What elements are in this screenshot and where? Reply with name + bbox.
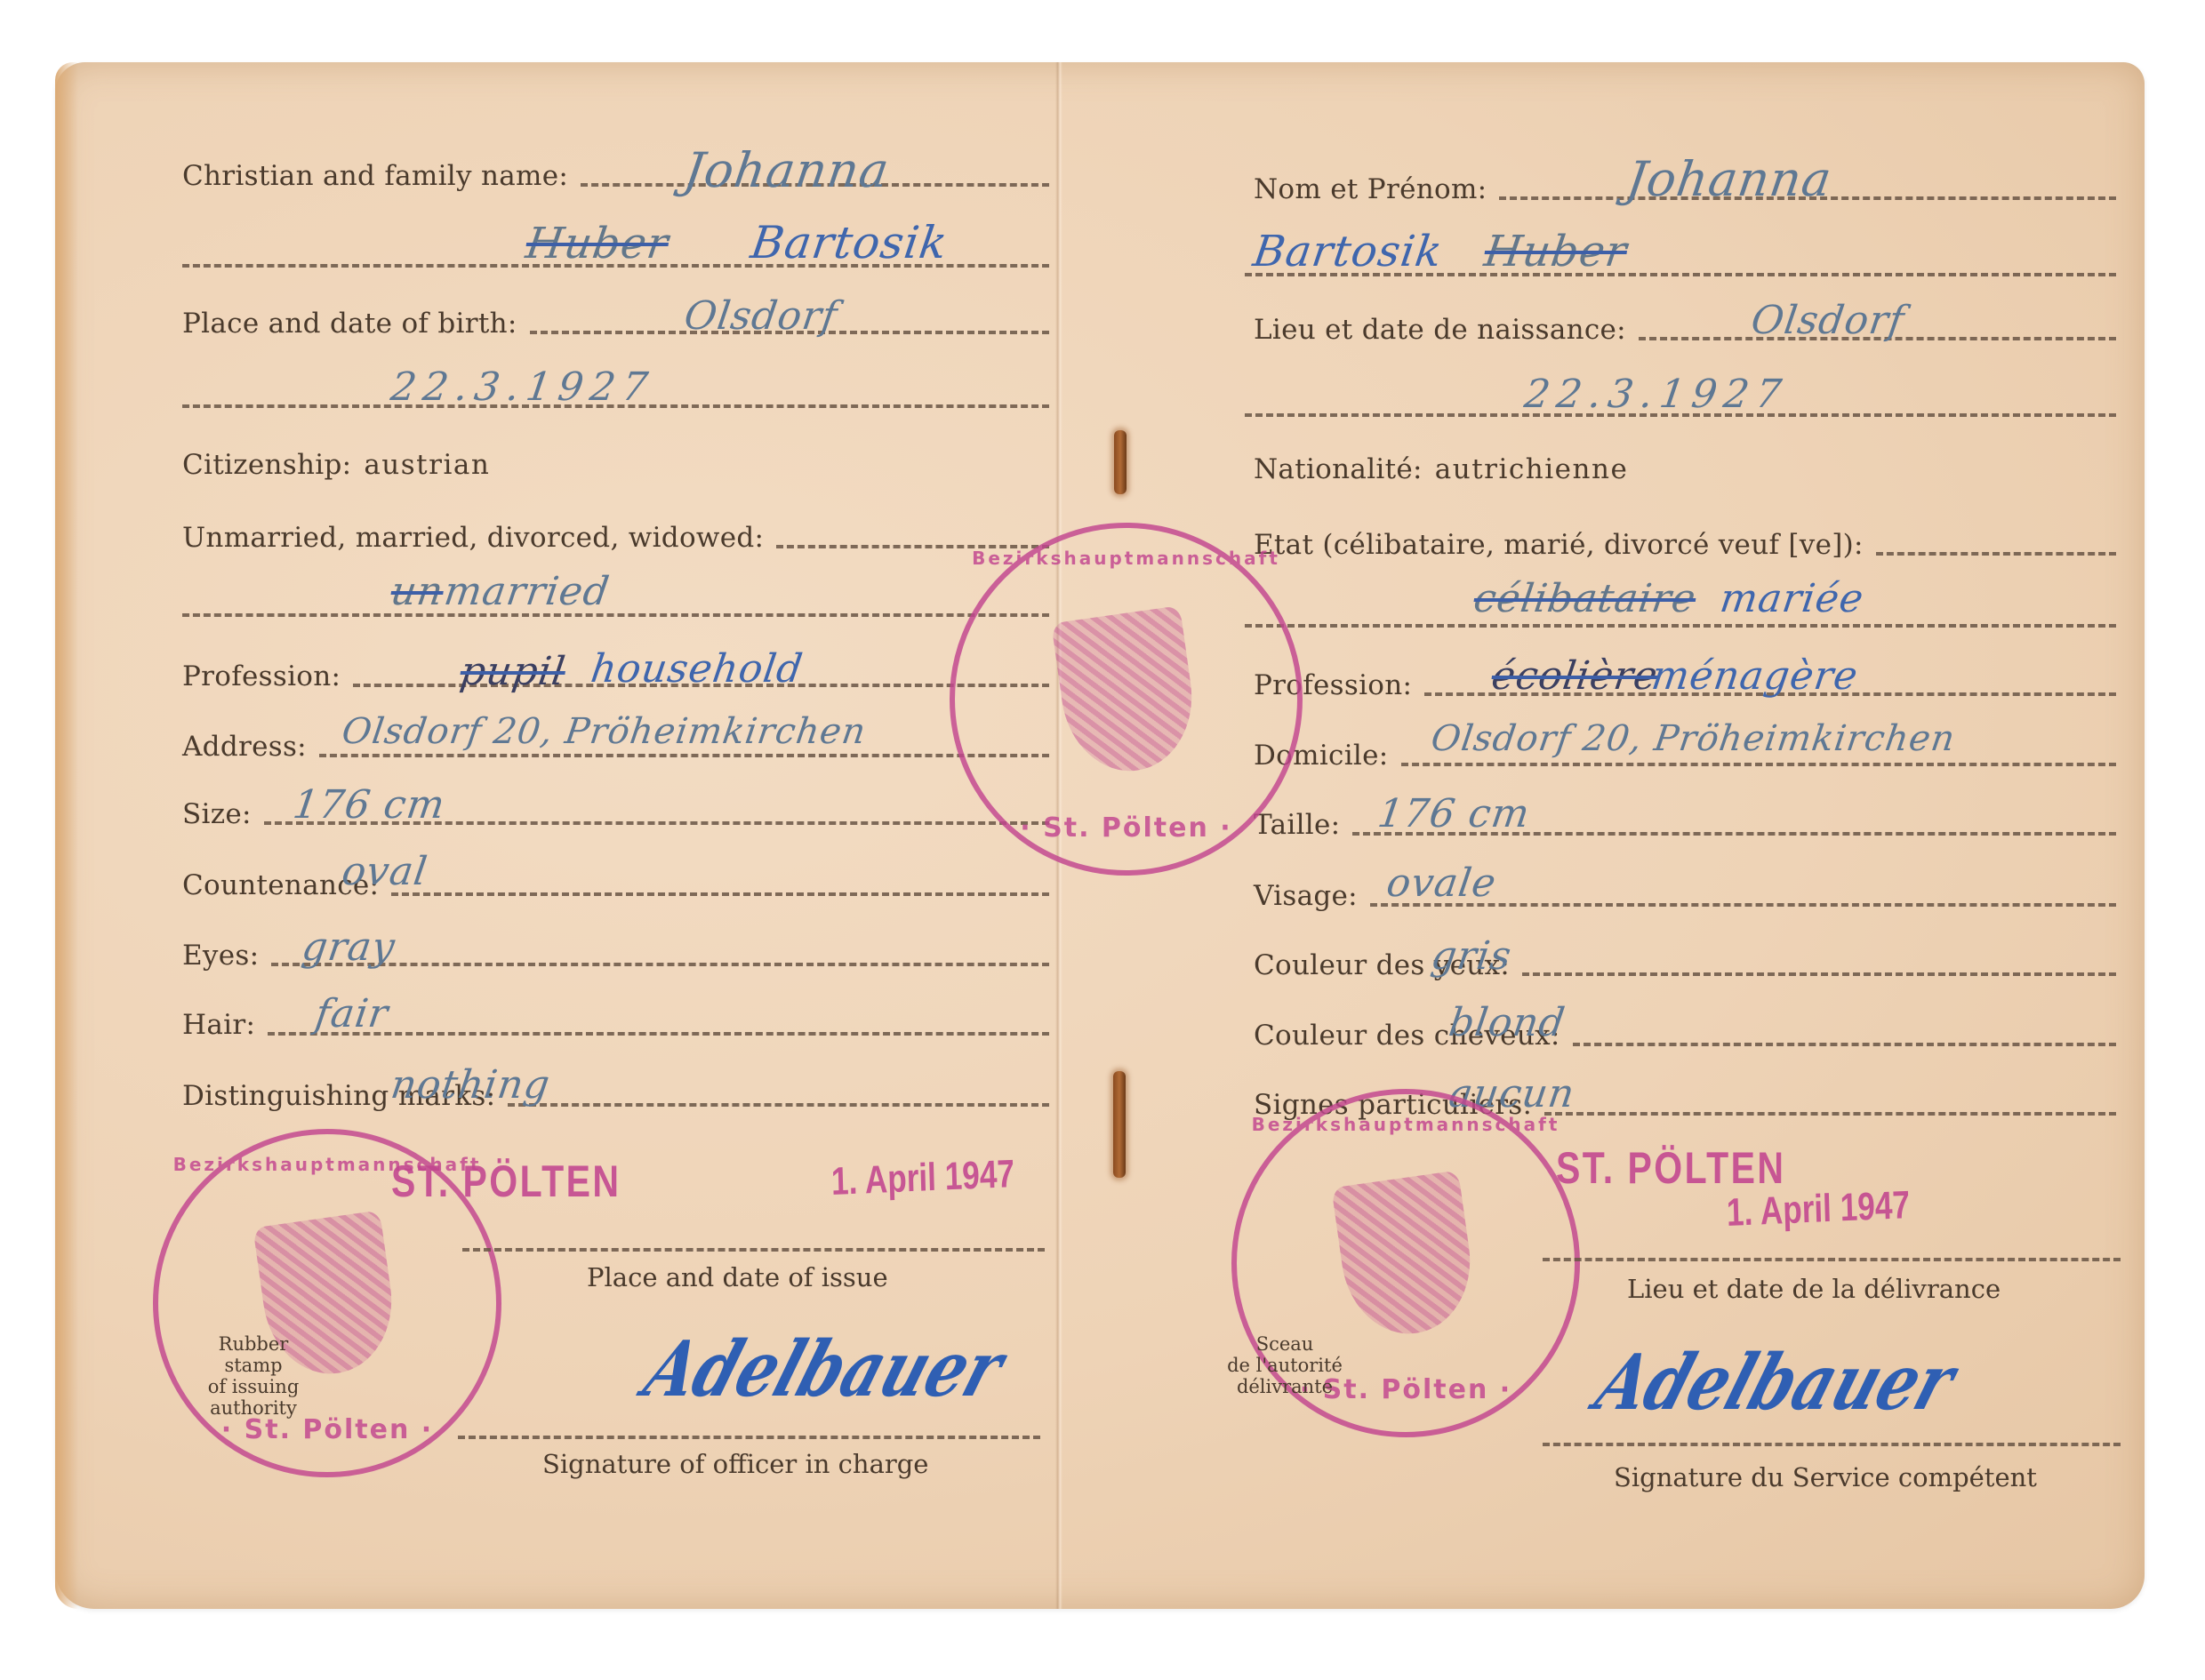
seal-ring-text: Bezirkshauptmannschaft xyxy=(1237,1114,1575,1135)
hand-value-hair: blond xyxy=(1446,1000,1568,1045)
place-date-label: Lieu et date de la délivrance xyxy=(1627,1274,2001,1304)
hand-value-struck: célibataire xyxy=(1471,576,1698,621)
field-birth: Lieu et date de naissance: xyxy=(1254,314,2116,346)
field-countenance: Countenance: xyxy=(182,869,1049,901)
dotted-line xyxy=(1543,1258,2121,1261)
hand-value-struck: écolière xyxy=(1488,653,1661,699)
hand-value-struck: un xyxy=(388,569,446,614)
dotted-line xyxy=(1573,1043,2116,1046)
field-citizenship: Citizenship: austrian xyxy=(182,449,490,481)
hand-value-marital: married xyxy=(441,569,612,614)
stamp-date: 1. April 1947 xyxy=(830,1152,1014,1204)
field-visage: Visage: xyxy=(1254,880,2116,912)
officer-signature: Adelbauer xyxy=(1586,1338,1966,1428)
hand-value-marital: mariée xyxy=(1717,576,1866,621)
field-name: Christian and family name: xyxy=(182,160,1049,192)
hand-value-visage: ovale xyxy=(1383,860,1499,906)
seal-city-text: · St. Pölten · xyxy=(158,1414,496,1445)
hand-value-given-name: Johanna xyxy=(681,142,894,198)
dotted-line xyxy=(1401,763,2116,766)
hand-value-address: Olsdorf 20, Pröheimkirchen xyxy=(1429,718,1958,759)
dotted-line xyxy=(458,1436,1040,1439)
hand-value-marks: nothing xyxy=(388,1062,553,1108)
dotted-line xyxy=(391,892,1049,896)
field-label: Hair: xyxy=(182,1009,255,1041)
stamp-caption: Rubber stamp of issuing authority xyxy=(187,1333,320,1419)
dotted-line xyxy=(319,754,1049,757)
hand-value-profession: ménagère xyxy=(1648,653,1861,699)
dotted-line xyxy=(462,1248,1045,1252)
field-label: Lieu et date de naissance: xyxy=(1254,314,1626,346)
field-label: Etat (célibataire, marié, divorcé veuf [… xyxy=(1254,529,1864,561)
field-distinguishing-marks: Distinguishing marks: xyxy=(182,1080,1049,1112)
field-nationality: Nationalité: autrichienne xyxy=(1254,453,1628,485)
dotted-line xyxy=(1522,972,2116,976)
hand-value-profession: household xyxy=(588,646,806,692)
hand-value-eyes: gris xyxy=(1428,933,1514,979)
dotted-line xyxy=(1876,552,2116,556)
hand-value-birthplace: Olsdorf xyxy=(681,293,840,339)
dotted-line xyxy=(182,613,1049,617)
field-label: Visage: xyxy=(1254,880,1358,912)
left-page: Christian and family name: Johanna Huber… xyxy=(0,0,1058,1680)
seal-city-text: · St. Pölten · xyxy=(955,812,1297,844)
field-label: Christian and family name: xyxy=(182,160,568,192)
stamp-place: ST. PÖLTEN xyxy=(391,1156,621,1207)
field-label: Unmarried, married, divorced, widowed: xyxy=(182,522,764,554)
field-label: Nom et Prénom: xyxy=(1254,173,1487,205)
coat-of-arms-icon xyxy=(1331,1171,1479,1342)
officer-signature: Adelbauer xyxy=(635,1324,1014,1414)
field-label: Citizenship: xyxy=(182,449,351,481)
field-eyes: Couleur des yeux: xyxy=(1254,949,2116,981)
dotted-line xyxy=(1544,1112,2116,1116)
hand-value-surname: Bartosik xyxy=(1250,227,1446,276)
dotted-line xyxy=(1245,624,2116,628)
stamp-place: ST. PÖLTEN xyxy=(1556,1142,1785,1194)
printed-value: autrichienne xyxy=(1435,453,1629,485)
stamp-caption: Sceau de l'autorité délivrante xyxy=(1218,1333,1351,1397)
hand-value-birthdate: 22.3.1927 xyxy=(388,364,657,410)
field-marital-status: Unmarried, married, divorced, widowed: xyxy=(182,522,1049,554)
hand-value-address: Olsdorf 20, Pröheimkirchen xyxy=(340,711,869,752)
hand-value-birthplace: Olsdorf xyxy=(1748,298,1907,343)
field-birth: Place and date of birth: xyxy=(182,308,1049,340)
hand-value-struck-surname: Huber xyxy=(523,219,672,268)
field-label: Address: xyxy=(182,731,307,763)
hand-value-given-name: Johanna xyxy=(1624,151,1836,207)
dotted-line xyxy=(1543,1443,2121,1446)
hand-value-size: 176 cm xyxy=(1375,791,1533,836)
stamp-date: 1. April 1947 xyxy=(1726,1183,1910,1236)
signature-label: Signature du Service compétent xyxy=(1614,1462,2037,1492)
hand-value-birthdate: 22.3.1927 xyxy=(1521,372,1791,417)
printed-value: austrian xyxy=(364,449,490,481)
field-label: Profession: xyxy=(182,660,341,692)
field-label: Eyes: xyxy=(182,940,259,972)
field-label: Nationalité: xyxy=(1254,453,1423,485)
field-label: Size: xyxy=(182,798,252,830)
place-date-label: Place and date of issue xyxy=(587,1262,888,1292)
hand-value-struck: pupil xyxy=(457,649,568,694)
signature-label: Signature of officer in charge xyxy=(542,1449,928,1479)
hand-value-eyes: gray xyxy=(299,924,397,970)
hand-value-surname: Bartosik xyxy=(748,217,951,268)
hand-value-size: 176 cm xyxy=(290,782,448,828)
hand-value-struck-surname: Huber xyxy=(1481,227,1631,276)
hand-value-hair: fair xyxy=(312,991,391,1036)
hand-value-countenance: oval xyxy=(339,849,430,894)
field-hair: Couleur des cheveux: xyxy=(1254,1020,2116,1052)
official-seal-center: Bezirkshauptmannschaft · St. Pölten · xyxy=(950,523,1303,876)
dotted-line xyxy=(508,1103,1049,1107)
seal-ring-text: Bezirkshauptmannschaft xyxy=(955,548,1297,569)
field-label: Place and date of birth: xyxy=(182,308,517,340)
field-marital-status: Etat (célibataire, marié, divorcé veuf [… xyxy=(1254,529,2116,561)
coat-of-arms-icon xyxy=(1051,605,1202,780)
